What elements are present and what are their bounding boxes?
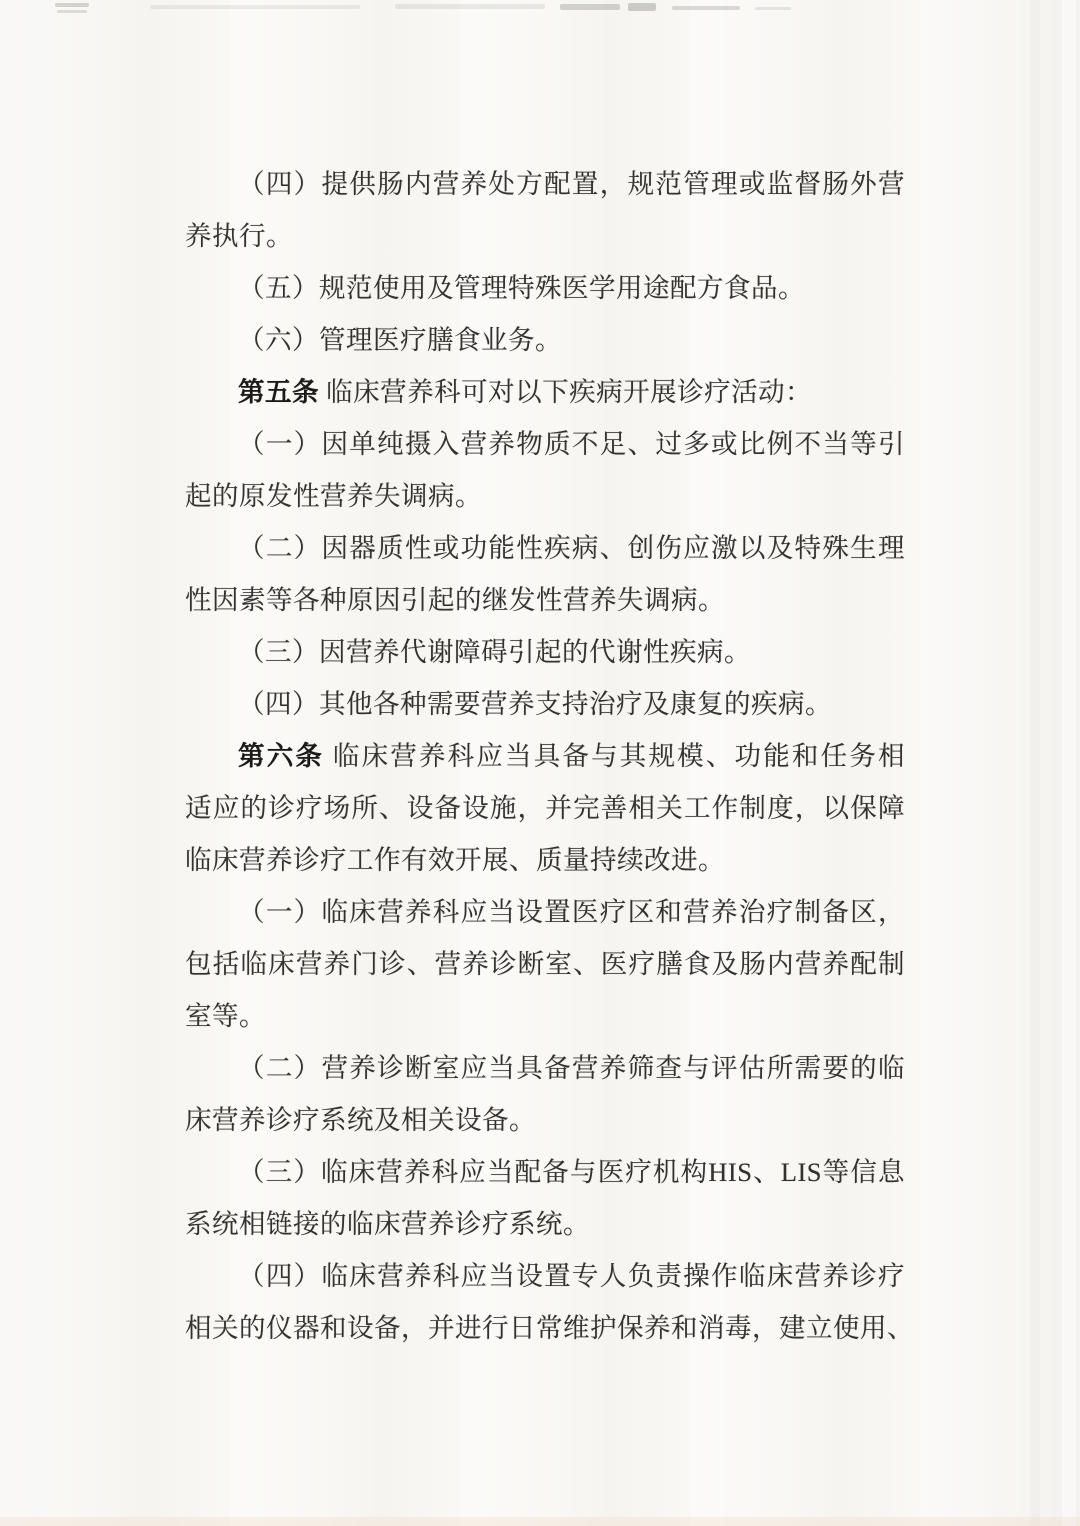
scan-artifact	[628, 3, 656, 11]
document-line: （二）营养诊断室应当具备营养筛查与评估所需要的临	[185, 1042, 905, 1094]
line-text: 养执行。	[185, 221, 293, 251]
document-body: （四）提供肠内营养处方配置，规范管理或监督肠外营 养执行。 （五）规范使用及管理…	[185, 158, 905, 1354]
line-text: 起的原发性营养失调病。	[185, 481, 482, 511]
document-line: （六）管理医疗膳食业务。	[185, 314, 905, 366]
document-line: 相关的仪器和设备，并进行日常维护保养和消毒，建立使用、	[185, 1302, 905, 1354]
line-text: （四）其他各种需要营养支持治疗及康复的疾病。	[238, 689, 832, 719]
document-line: 适应的诊疗场所、设备设施，并完善相关工作制度，以保障	[185, 782, 905, 834]
document-line: 第五条 临床营养科可对以下疾病开展诊疗活动：	[185, 366, 905, 418]
document-line: 临床营养诊疗工作有效开展、质量持续改进。	[185, 834, 905, 886]
line-text: （二）因器质性或功能性疾病、创伤应激以及特殊生理	[238, 533, 905, 563]
article-number-bold: 第五条	[238, 377, 319, 407]
scan-artifact	[150, 5, 360, 9]
line-text: 室等。	[185, 1001, 266, 1031]
line-text: （三）因营养代谢障碍引起的代谢性疾病。	[238, 637, 751, 667]
scanned-document-page: （四）提供肠内营养处方配置，规范管理或监督肠外营 养执行。 （五）规范使用及管理…	[0, 0, 1080, 1526]
scan-artifact	[672, 6, 740, 10]
line-text: 包括临床营养门诊、营养诊断室、医疗膳食及肠内营养配制	[185, 949, 905, 979]
document-line: （三）因营养代谢障碍引起的代谢性疾病。	[185, 626, 905, 678]
line-text: 临床营养科应当具备与其规模、功能和任务相	[324, 741, 905, 771]
document-line: （五）规范使用及管理特殊医学用途配方食品。	[185, 262, 905, 314]
line-text: （二）营养诊断室应当具备营养筛查与评估所需要的临	[238, 1053, 905, 1083]
scan-band	[1030, 0, 1040, 1526]
document-line: （一）因单纯摄入营养物质不足、过多或比例不当等引	[185, 418, 905, 470]
scan-bottom-edge	[0, 1517, 1080, 1526]
line-text: （一）临床营养科应当设置医疗区和营养治疗制备区，	[238, 897, 905, 927]
scan-artifact	[395, 4, 545, 9]
document-line: 性因素等各种原因引起的继发性营养失调病。	[185, 574, 905, 626]
document-line: 第六条 临床营养科应当具备与其规模、功能和任务相	[185, 730, 905, 782]
document-line: （一）临床营养科应当设置医疗区和营养治疗制备区，	[185, 886, 905, 938]
document-line: （二）因器质性或功能性疾病、创伤应激以及特殊生理	[185, 522, 905, 574]
scan-artifact	[57, 10, 87, 13]
article-number-bold: 第六条	[238, 741, 324, 771]
document-line: 系统相链接的临床营养诊疗系统。	[185, 1198, 905, 1250]
line-text: 床营养诊疗系统及相关设备。	[185, 1105, 536, 1135]
document-line: （四）其他各种需要营养支持治疗及康复的疾病。	[185, 678, 905, 730]
line-text: （五）规范使用及管理特殊医学用途配方食品。	[238, 273, 805, 303]
line-text: 性因素等各种原因引起的继发性营养失调病。	[185, 585, 725, 615]
scan-band	[1062, 0, 1076, 1526]
line-text: （一）因单纯摄入营养物质不足、过多或比例不当等引	[238, 429, 905, 459]
document-line: 室等。	[185, 990, 905, 1042]
document-line: （三）临床营养科应当配备与医疗机构HIS、LIS等信息	[185, 1146, 905, 1198]
line-text: 临床营养科可对以下疾病开展诊疗活动：	[319, 377, 812, 407]
line-text: 相关的仪器和设备，并进行日常维护保养和消毒，建立使用、	[185, 1313, 914, 1343]
document-line: 养执行。	[185, 210, 905, 262]
line-text: （三）临床营养科应当配备与医疗机构HIS、LIS等信息	[238, 1157, 905, 1187]
line-text: 临床营养诊疗工作有效开展、质量持续改进。	[185, 845, 725, 875]
document-line: 起的原发性营养失调病。	[185, 470, 905, 522]
scan-artifact	[560, 4, 620, 10]
scan-artifact	[755, 7, 791, 10]
document-line: （四）临床营养科应当设置专人负责操作临床营养诊疗	[185, 1250, 905, 1302]
line-text: （六）管理医疗膳食业务。	[238, 325, 562, 355]
line-text: （四）临床营养科应当设置专人负责操作临床营养诊疗	[238, 1261, 905, 1291]
document-line: 包括临床营养门诊、营养诊断室、医疗膳食及肠内营养配制	[185, 938, 905, 990]
scan-artifact	[55, 3, 89, 7]
document-line: （四）提供肠内营养处方配置，规范管理或监督肠外营	[185, 158, 905, 210]
document-line: 床营养诊疗系统及相关设备。	[185, 1094, 905, 1146]
line-text: 适应的诊疗场所、设备设施，并完善相关工作制度，以保障	[185, 793, 905, 823]
line-text: （四）提供肠内营养处方配置，规范管理或监督肠外营	[238, 169, 905, 199]
line-text: 系统相链接的临床营养诊疗系统。	[185, 1209, 590, 1239]
